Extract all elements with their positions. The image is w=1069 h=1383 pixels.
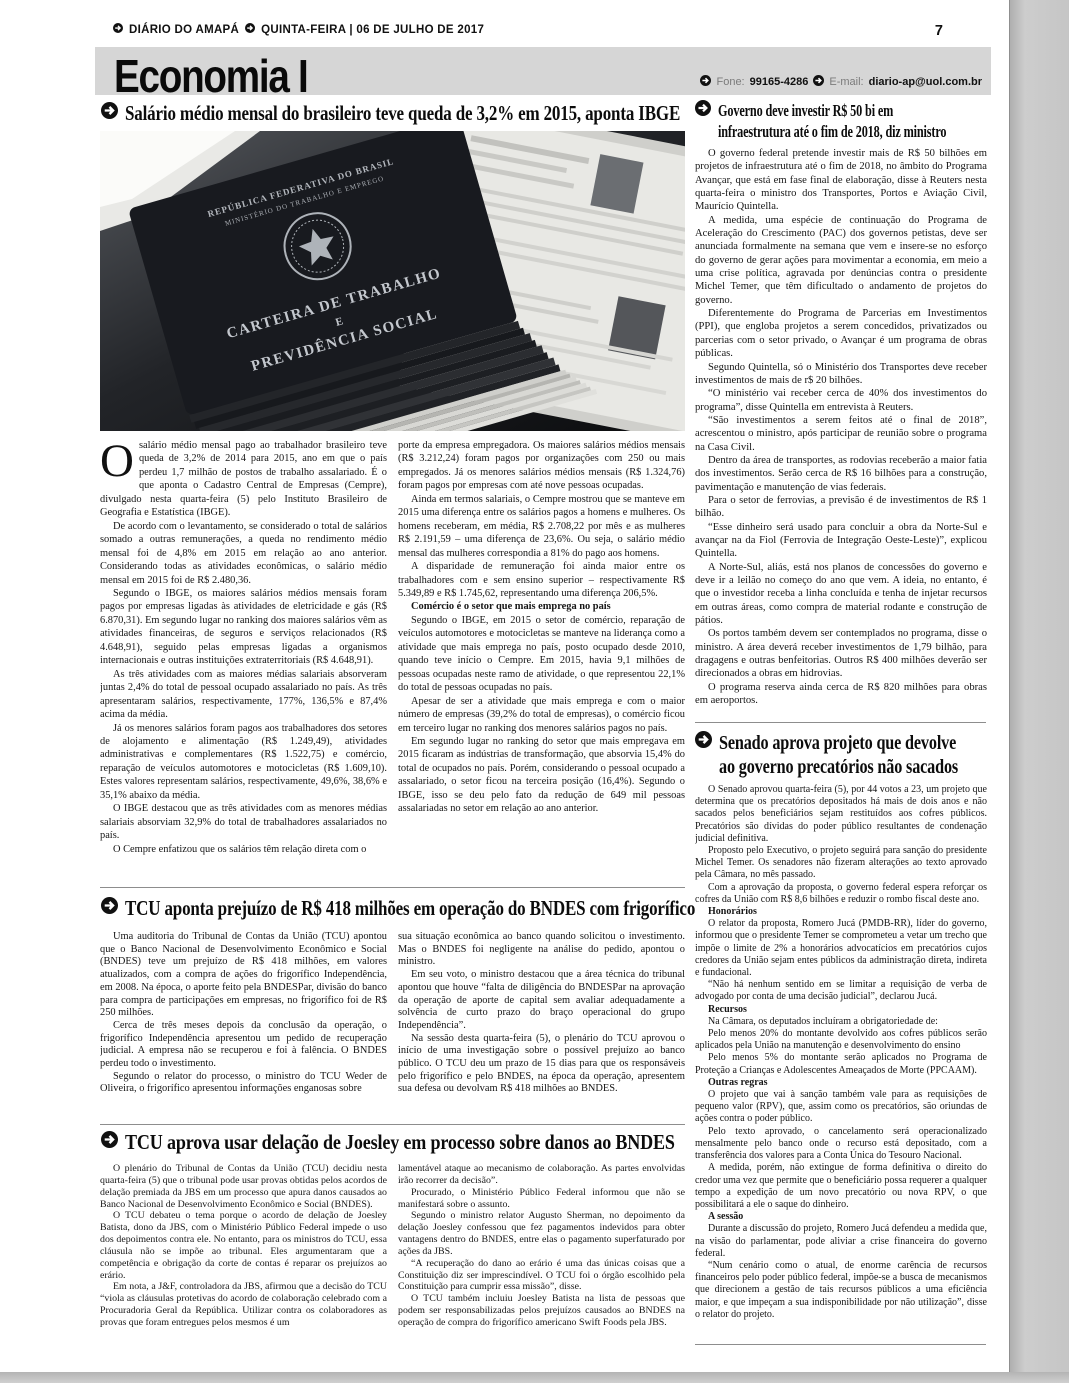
section-divider <box>695 1344 986 1345</box>
article-paragraph: Ainda em termos salariais, o Cempre most… <box>398 493 685 560</box>
article-paragraph: Diferentemente do Programa de Parcerias … <box>695 307 987 360</box>
work-card-photo-illustration: REPÚBLICA FEDERATIVA DO BRASIL MINISTÉRI… <box>100 131 685 431</box>
newspaper-page: DIÁRIO DO AMAPÁ QUINTA-FEIRA | 06 DE JUL… <box>0 0 1069 1383</box>
article-subheading: Recursos <box>695 1004 987 1016</box>
article-paragraph: Em seu voto, o ministro destacou que a á… <box>398 969 685 1033</box>
article-paragraph: O relator da proposta, Romero Jucá (PMDB… <box>695 918 987 979</box>
section-band: Economia I Fone: 99165-4286 E-mail: diar… <box>95 47 991 95</box>
article-paragraph: O TCU debateu o tema porque o acordo de … <box>100 1210 387 1281</box>
article-paragraph: Na sessão desta quarta-feira (5), o plen… <box>398 1033 685 1097</box>
article-paragraph: “Não há nenhum sentido em se limitar a r… <box>695 979 987 1003</box>
phone-number: 99165-4286 <box>750 76 809 88</box>
masthead-left: DIÁRIO DO AMAPÁ QUINTA-FEIRA | 06 DE JUL… <box>113 23 484 36</box>
article-subheading: A sessão <box>695 1211 987 1223</box>
article-paragraph: “O ministério vai receber cerca de 40% d… <box>695 387 987 414</box>
salario-column-1: Osalário médio mensal pago ao trabalhado… <box>100 439 387 885</box>
article-paragraph: Pelo menos 20% do montante devolvido aos… <box>695 1028 987 1052</box>
article-paragraph: Proposto pelo Executivo, o projeto segui… <box>695 845 987 882</box>
article-paragraph: Osalário médio mensal pago ao trabalhado… <box>100 439 387 520</box>
scan-edge-right <box>1009 0 1069 1383</box>
article-paragraph: Pelo menos 5% do montante serão aplicado… <box>695 1052 987 1076</box>
tcu-column-1: Uma auditoria do Tribunal de Contas da U… <box>100 931 387 1122</box>
article-paragraph: Procurado, o Ministério Público Federal … <box>398 1187 685 1211</box>
article-paragraph: lamentável ataque ao mecanismo de colabo… <box>398 1163 685 1187</box>
tcu-column-2: sua situação econômica ao banco quando s… <box>398 931 685 1122</box>
article-paragraph: Segundo o IBGE, os maiores salários médi… <box>100 587 387 668</box>
article-paragraph: Segundo o ministro relator Augusto Sherm… <box>398 1210 685 1257</box>
drop-cap: O <box>100 442 134 480</box>
article-paragraph: A medida, uma espécie de continuação do … <box>695 214 987 307</box>
section-divider <box>100 887 685 888</box>
article-paragraph: O Senado aprovou quarta-feira (5), por 4… <box>695 784 987 845</box>
article-paragraph: Em nota, a J&F, controladora da JBS, afi… <box>100 1281 387 1328</box>
article-subheading: Comércio é o setor que mais emprega no p… <box>398 600 685 613</box>
salario-column-2: porte da empresa empregadora. Os maiores… <box>398 439 685 885</box>
article-paragraph: Na Câmara, os deputados incluíram a obri… <box>695 1016 987 1028</box>
article-paragraph: O TCU também incluiu Joesley Batista na … <box>398 1293 685 1329</box>
article-paragraph: “Esse dinheiro será usado para concluir … <box>695 521 987 561</box>
article-subheading: Outras regras <box>695 1077 987 1089</box>
tcu-frigorifico-body-columns: Uma auditoria do Tribunal de Contas da U… <box>100 931 685 1122</box>
masthead-paper-name: DIÁRIO DO AMAPÁ <box>129 24 239 36</box>
email-label: E-mail: <box>829 76 863 88</box>
article-photo: REPÚBLICA FEDERATIVA DO BRASIL MINISTÉRI… <box>100 131 685 431</box>
joesley-column-2: lamentável ataque ao mecanismo de colabo… <box>398 1163 685 1371</box>
masthead: DIÁRIO DO AMAPÁ QUINTA-FEIRA | 06 DE JUL… <box>113 23 943 39</box>
article-paragraph: O governo federal pretende investir mais… <box>695 147 987 214</box>
article-paragraph: O programa reserva ainda cerca de R$ 820… <box>695 681 987 708</box>
governo-headline: Governo deve investir R$ 50 bi em infrae… <box>695 100 1035 142</box>
section-divider <box>695 722 986 723</box>
scan-edge-bottom <box>0 1372 1069 1383</box>
article-paragraph: Em segundo lugar no ranking do setor que… <box>398 735 685 816</box>
article-paragraph: Dentro da área de transportes, as rodovi… <box>695 454 987 494</box>
arrow-bullet-icon <box>700 75 711 89</box>
article-paragraph: Uma auditoria do Tribunal de Contas da U… <box>100 931 387 1020</box>
arrow-bullet-icon <box>245 23 255 36</box>
article-paragraph: porte da empresa empregadora. Os maiores… <box>398 439 685 493</box>
article-subheading: Honorários <box>695 906 987 918</box>
headline-text: TCU aprova usar delação de Joesley em pr… <box>125 1131 675 1154</box>
headline-text: Governo deve investir R$ 50 bi em infrae… <box>718 100 1035 142</box>
joesley-column-1: O plenário do Tribunal de Contas da Uniã… <box>100 1163 387 1371</box>
article-paragraph: O Cempre enfatizou que os salários têm r… <box>100 843 387 856</box>
article-paragraph: O IBGE destacou que as três atividades c… <box>100 802 387 842</box>
article-paragraph: Pelo texto aprovado, o cancelamento será… <box>695 1126 987 1163</box>
article-paragraph: sua situação econômica ao banco quando s… <box>398 931 685 969</box>
masthead-date: QUINTA-FEIRA | 06 DE JULHO DE 2017 <box>261 24 484 36</box>
section-title: Economia I <box>114 55 308 97</box>
governo-body: O governo federal pretende investir mais… <box>695 147 987 717</box>
salario-body-columns: Osalário médio mensal pago ao trabalhado… <box>100 439 685 885</box>
article-paragraph: Apesar de ser a atividade que mais empre… <box>398 695 685 735</box>
article-paragraph: A disparidade de remuneração foi ainda m… <box>398 560 685 600</box>
joesley-body-columns: O plenário do Tribunal de Contas da Uniã… <box>100 1163 685 1371</box>
article-paragraph: Cerca de três meses depois da conclusão … <box>100 1020 387 1071</box>
article-paragraph: Segundo Quintella, só o Ministério dos T… <box>695 361 987 388</box>
arrow-bullet-icon <box>101 897 118 919</box>
joesley-headline: TCU aprova usar delação de Joesley em pr… <box>101 1131 780 1154</box>
contact-info: Fone: 99165-4286 E-mail: diario-ap@uol.c… <box>700 75 982 89</box>
section-divider <box>100 1124 685 1125</box>
article-paragraph: O plenário do Tribunal de Contas da Uniã… <box>100 1163 387 1210</box>
article-paragraph: Os portos também devem ser contemplados … <box>695 627 987 680</box>
senado-headline: Senado aprova projeto que devolve ao gov… <box>695 731 1022 779</box>
arrow-bullet-icon <box>695 100 711 121</box>
article-paragraph: Com a aprovação da proposta, o governo f… <box>695 882 987 906</box>
article-paragraph: “Num cenário como o atual, de enorme car… <box>695 1260 987 1321</box>
article-paragraph: A Norte-Sul, aliás, está nos planos de c… <box>695 561 987 628</box>
article-paragraph: Já os menores salários foram pagos aos t… <box>100 722 387 803</box>
article-paragraph: Segundo o IBGE, em 2015 o setor de comér… <box>398 614 685 695</box>
phone-label: Fone: <box>716 76 744 88</box>
arrow-bullet-icon <box>695 731 712 753</box>
senado-body: O Senado aprovou quarta-feira (5), por 4… <box>695 784 987 1340</box>
article-paragraph: Segundo o relator do processo, o ministr… <box>100 1071 387 1096</box>
article-paragraph: As três atividades com as maiores médias… <box>100 668 387 722</box>
arrow-bullet-icon <box>813 75 824 89</box>
article-paragraph: “São investimentos a serem feitos até o … <box>695 414 987 454</box>
arrow-bullet-icon <box>101 102 118 124</box>
page-number: 7 <box>935 23 943 39</box>
headline-text: TCU aponta prejuízo de R$ 418 milhões em… <box>125 897 695 920</box>
article-paragraph: Para o setor de ferrovias, a previsão é … <box>695 494 987 521</box>
article-paragraph: De acordo com o levantamento, se conside… <box>100 520 387 587</box>
headline-text: Salário médio mensal do brasileiro teve … <box>125 102 680 125</box>
arrow-bullet-icon <box>113 23 123 36</box>
email-address: diario-ap@uol.com.br <box>869 76 982 88</box>
article-paragraph: A medida, porém, não extingue de forma d… <box>695 1162 987 1211</box>
article-paragraph: O projeto que vai à sanção também vale p… <box>695 1089 987 1126</box>
arrow-bullet-icon <box>101 1131 118 1153</box>
article-paragraph: Durante a discussão do projeto, Romero J… <box>695 1223 987 1260</box>
article-paragraph: “A recuperação do dano ao erário é uma d… <box>398 1258 685 1294</box>
headline-text: Senado aprova projeto que devolve ao gov… <box>719 731 1022 779</box>
